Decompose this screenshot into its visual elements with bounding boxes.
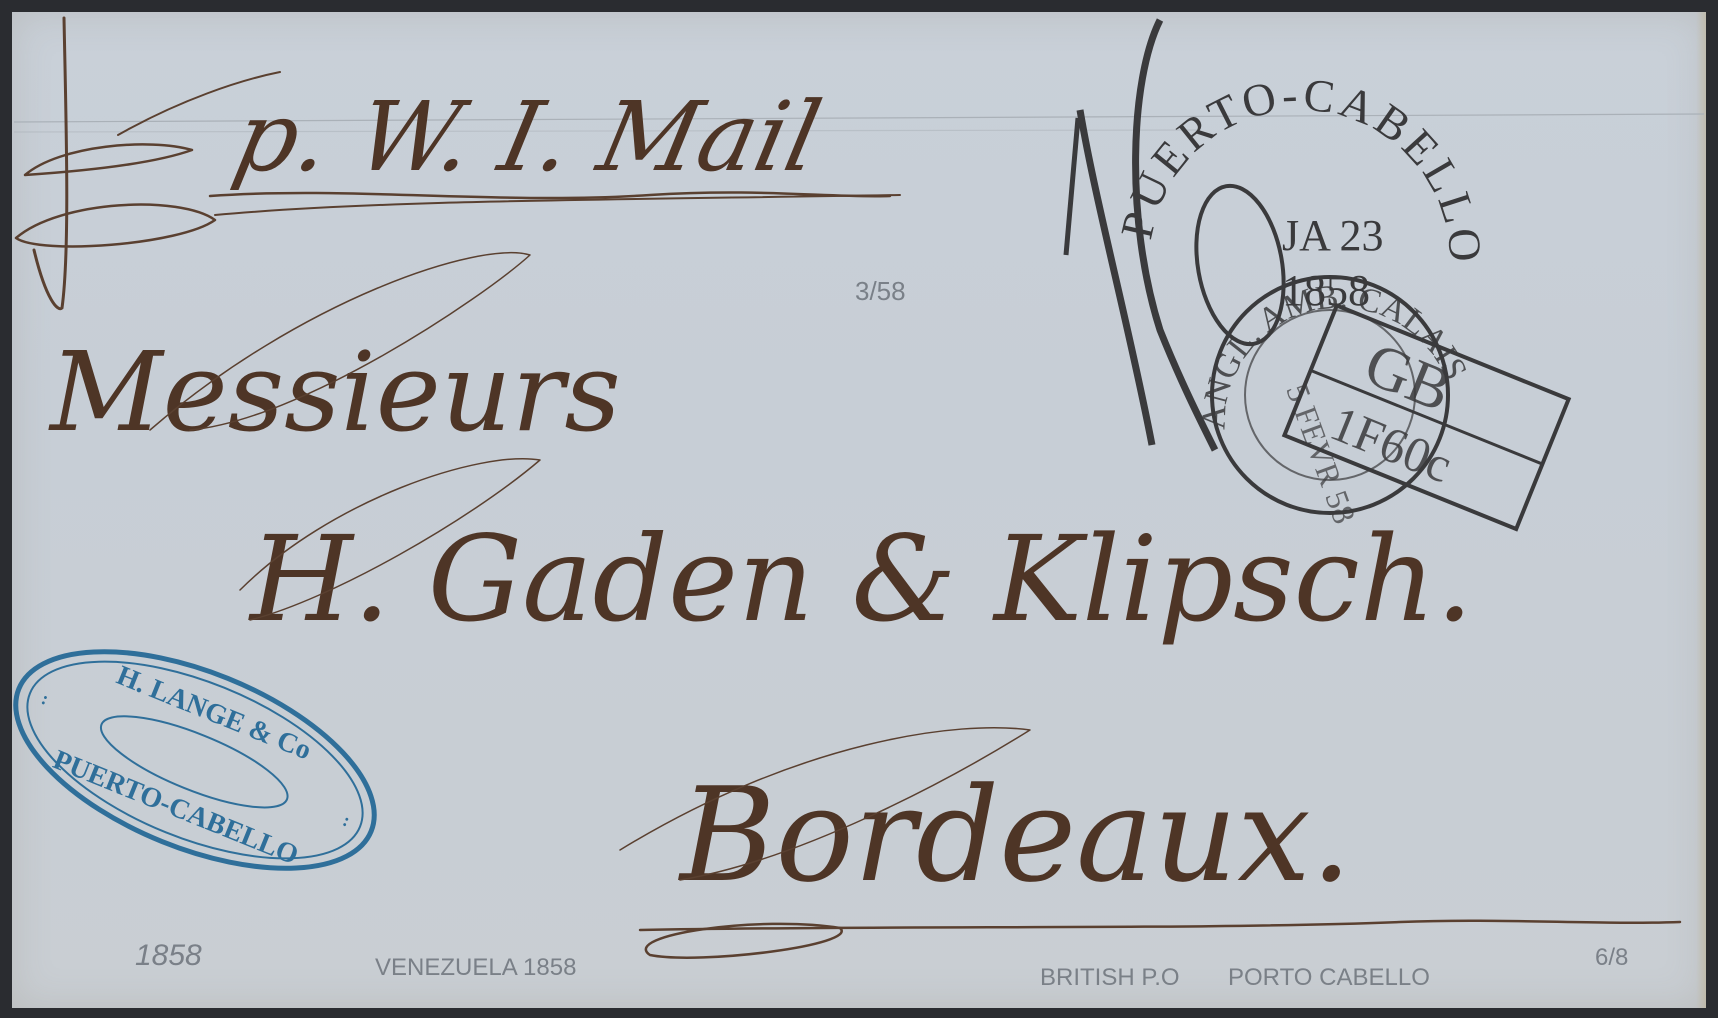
- origin-postmark-date: JA 23: [1282, 211, 1383, 260]
- pencil-country: VENEZUELA 1858: [375, 954, 576, 981]
- pencil-note-top: 3/58: [855, 276, 906, 306]
- pencil-office: BRITISH P.O: [1040, 964, 1180, 991]
- pencil-note-right: 6/8: [1595, 944, 1628, 971]
- salutation-text: Messieurs: [48, 328, 621, 456]
- sender-cachet: H. LANGE & Co PUERTO-CABELLO : :: [0, 607, 404, 913]
- addressee-city: Bordeaux.: [678, 759, 1352, 911]
- addressee-name: H. Gaden & Klipsch.: [248, 510, 1473, 648]
- endorsement-text: p. W. I. Mail: [225, 81, 830, 193]
- pencil-year: 1858: [135, 939, 202, 972]
- svg-text::: :: [340, 810, 353, 831]
- cover-photo: p. W. I. Mail 3/58 Messieurs H. Gaden & …: [0, 0, 1718, 1018]
- cachet-line1: H. LANGE & Co: [112, 660, 315, 766]
- cover-artwork: p. W. I. Mail 3/58 Messieurs H. Gaden & …: [0, 0, 1718, 1018]
- routing-endorsement: p. W. I. Mail: [210, 81, 890, 198]
- svg-text::: :: [39, 688, 52, 709]
- pencil-place: PORTO CABELLO: [1228, 964, 1430, 991]
